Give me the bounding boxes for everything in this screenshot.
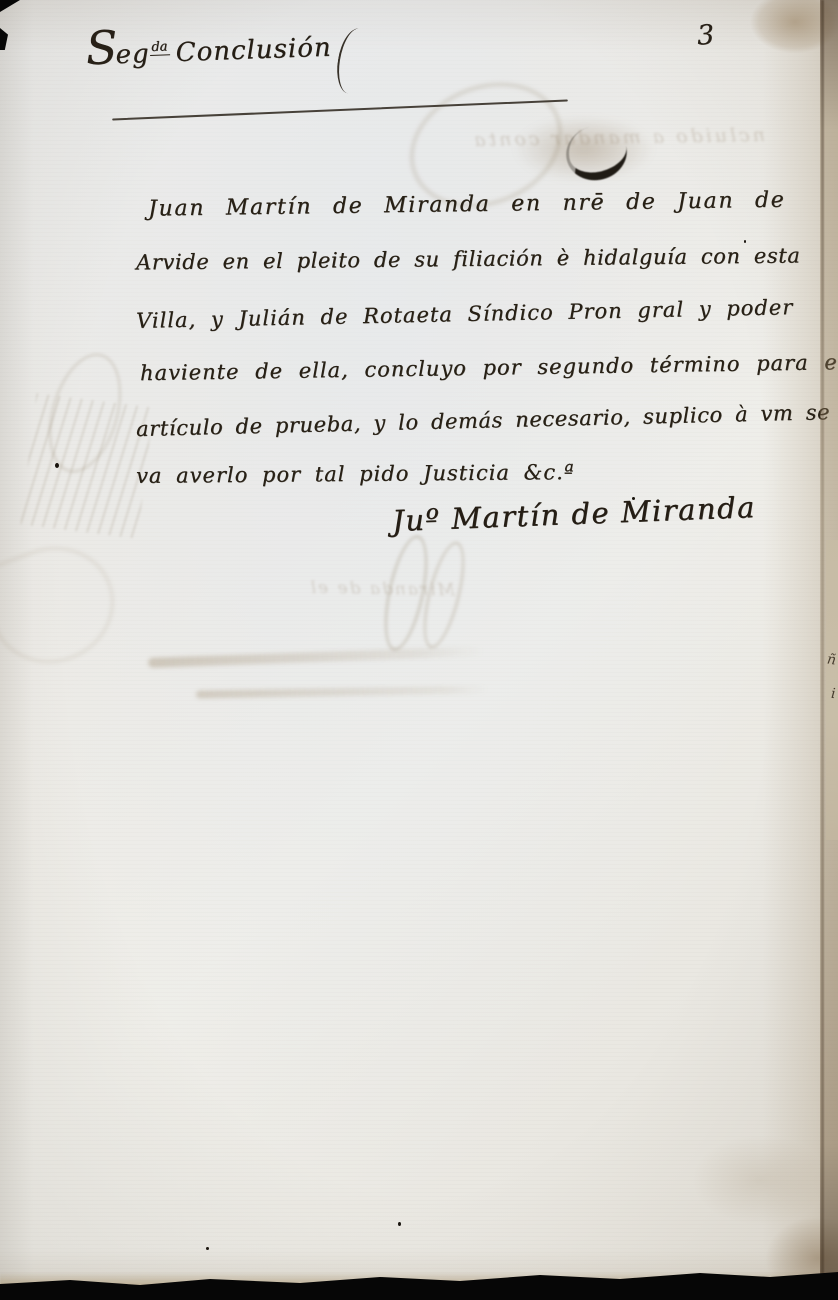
right-edge-crease [821, 0, 824, 1300]
scan-vignette [0, 0, 838, 1300]
paper-sheet: ncluido a mandar conta Miranda de el Seg… [0, 0, 838, 1300]
scanned-manuscript-page: ncluido a mandar conta Miranda de el Seg… [0, 0, 838, 1300]
adjacent-page-ink-fragment: i [830, 686, 836, 702]
